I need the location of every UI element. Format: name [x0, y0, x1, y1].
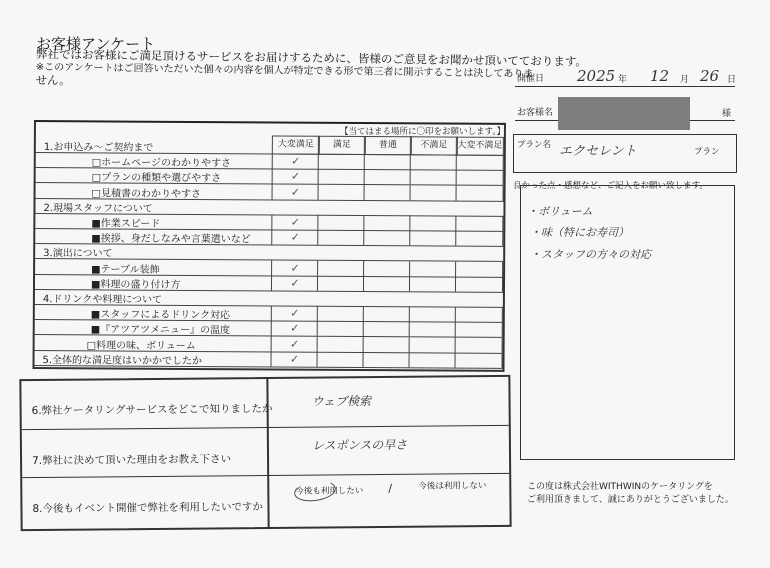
rating-cell[interactable] [410, 170, 457, 185]
rating-cell[interactable]: ✓ [272, 184, 319, 199]
check-mark-icon: ✓ [290, 322, 299, 335]
rating-cell[interactable] [363, 306, 410, 321]
rating-cell[interactable] [455, 307, 503, 322]
rating-cell[interactable] [409, 215, 456, 230]
rating-cell[interactable] [318, 184, 365, 199]
question-row-7: 7.弊社に決めて頂いた理由をお教え下さい レスポンスの早さ [22, 425, 509, 478]
rating-cell[interactable]: ✓ [271, 230, 318, 245]
rating-cell[interactable] [318, 169, 365, 184]
rating-cell[interactable]: ✓ [271, 275, 318, 290]
check-mark-icon: ✓ [291, 231, 300, 244]
plan-label: プラン名 [517, 138, 551, 150]
thanks-line: この度は株式会社WITHWINのケータリングを [527, 481, 734, 494]
rating-cell[interactable] [363, 276, 410, 291]
rating-cell[interactable]: ✓ [271, 306, 318, 321]
rating-cell[interactable]: ✓ [271, 260, 318, 275]
rating-cell[interactable] [363, 337, 410, 352]
survey-form-page: お客様アンケート 弊社ではお客様にご満足頂けるサービスをお届けするために、皆様の… [0, 0, 770, 568]
rating-question: 3.演出について [43, 244, 112, 259]
rating-question: ■料理の盛り付け方 [91, 275, 181, 291]
check-mark-icon: ✓ [290, 352, 299, 365]
comment-entry: ・味（特にお寿司） [530, 224, 629, 240]
rating-cell[interactable] [409, 230, 456, 245]
rating-cell[interactable] [409, 276, 456, 291]
rating-cell[interactable] [316, 352, 363, 367]
rating-rows: 1.お申込み～ご契約まで□ホームページのわかりやすさ✓□プランの種類や選びやすさ… [36, 122, 504, 125]
rating-cell[interactable] [364, 169, 411, 184]
rating-question: ■作業スピード [91, 214, 160, 229]
rating-cell[interactable] [454, 352, 502, 367]
comments-box[interactable]: ・ボリューム ・味（特にお寿司） ・スタッフの方々の対応 [520, 185, 735, 460]
rating-cell[interactable]: ✓ [271, 321, 318, 336]
rating-cell[interactable] [455, 261, 503, 276]
rating-cell[interactable] [317, 260, 364, 275]
rating-cell[interactable] [455, 322, 503, 337]
check-mark-icon: ✓ [290, 261, 299, 274]
rating-cell[interactable] [409, 306, 456, 321]
event-date-label: 開催日 [517, 71, 544, 84]
rating-cell[interactable]: ✓ [272, 154, 319, 169]
event-date-month: 12 [650, 67, 669, 85]
rating-cell[interactable] [408, 352, 455, 367]
rating-cell[interactable] [317, 336, 364, 351]
rating-cell[interactable]: ✓ [271, 336, 318, 351]
form-intro: 弊社ではお客様にご満足頂けるサービスをお届けするために、皆様のご意見をお聞かせ頂… [35, 48, 505, 94]
check-mark-icon: ✓ [291, 155, 300, 168]
question-label: 7.弊社に決めて頂いた理由をお教え下さい [32, 451, 231, 468]
check-mark-icon: ✓ [291, 170, 300, 183]
rating-cell[interactable] [456, 185, 504, 200]
rating-cell[interactable]: ✓ [272, 169, 319, 184]
rating-question: 5.全体的な満足度はいかかでしたか [42, 351, 202, 367]
check-mark-icon: ✓ [291, 185, 300, 198]
redacted-customer-name [558, 97, 690, 130]
customer-suffix: 様 [722, 106, 731, 119]
open-questions-table: 6.弊社ケータリングサービスをどこで知りましたか ウェブ検索 7.弊社に決めて頂… [19, 375, 511, 531]
rating-cell[interactable] [317, 306, 364, 321]
rating-cell[interactable] [456, 170, 504, 185]
comment-entry: ・スタッフの方々の対応 [530, 246, 651, 262]
option-will-not-use[interactable]: 今後は利用しない [418, 479, 486, 492]
rating-cell[interactable] [409, 337, 456, 352]
year-unit: 年 [618, 72, 627, 85]
rating-cell[interactable] [409, 322, 456, 337]
rating-cell[interactable]: ✓ [271, 351, 318, 366]
event-date-year: 2025 [577, 67, 615, 85]
plan-suffix: プラン [694, 145, 720, 157]
rating-row: 5.全体的な満足度はいかかでしたか✓ [34, 350, 502, 369]
answer-7[interactable]: レスポンスの早さ [312, 436, 407, 454]
rating-cell[interactable] [363, 230, 410, 245]
comment-entry: ・ボリューム [527, 203, 593, 219]
question-label: 6.弊社ケータリングサービスをどこで知りましたか [32, 401, 273, 418]
rating-cell[interactable] [317, 215, 364, 230]
rating-cell[interactable] [364, 185, 411, 200]
rating-question: ■テーブル装飾 [91, 260, 160, 275]
thanks-line: ご利用頂きまして、誠にありがとうございました。 [527, 494, 734, 507]
rating-cell[interactable] [455, 276, 503, 291]
rating-cell[interactable] [455, 216, 503, 231]
rating-cell[interactable] [363, 321, 410, 336]
rating-cell[interactable] [410, 185, 457, 200]
question-row-8: 8.今後もイベント開催で弊社を利用したいですか 今後も利用したい / 今後は利用… [22, 473, 509, 527]
rating-cell[interactable] [455, 337, 503, 352]
rating-cell[interactable] [455, 231, 503, 246]
question-label: 8.今後もイベント開催で弊社を利用したいですか [32, 499, 263, 516]
month-unit: 月 [680, 72, 689, 85]
event-date-field[interactable]: 開催日 2025 年 12 月 26 日 [515, 68, 735, 87]
rating-cell[interactable]: ✓ [271, 214, 318, 229]
plan-value: エクセレント [559, 140, 637, 159]
rating-cell[interactable] [363, 261, 410, 276]
rating-cell[interactable] [362, 352, 409, 367]
customer-name-label: お客様名 [517, 105, 553, 118]
rating-cell[interactable] [456, 155, 504, 170]
plan-name-field[interactable]: プラン名 エクセレント プラン [513, 134, 737, 173]
answer-6[interactable]: ウェブ検索 [311, 392, 371, 410]
question-row-6: 6.弊社ケータリングサービスをどこで知りましたか ウェブ検索 [21, 377, 508, 430]
rating-cell[interactable] [410, 154, 457, 169]
rating-cell[interactable] [409, 261, 456, 276]
thank-you-message: この度は株式会社WITHWINのケータリングを ご利用頂きまして、誠にありがとう… [527, 481, 734, 507]
rating-cell[interactable] [364, 154, 411, 169]
day-unit: 日 [727, 72, 736, 85]
check-mark-icon: ✓ [290, 337, 299, 350]
rating-cell[interactable] [317, 276, 364, 291]
rating-cell[interactable] [318, 154, 365, 169]
rating-cell[interactable] [317, 321, 364, 336]
option-separator: / [388, 482, 392, 495]
rating-table: 大変満足満足普通不満足大変不満足 1.お申込み～ご契約まで□ホームページのわかり… [32, 120, 506, 372]
rating-cell[interactable] [317, 230, 364, 245]
rating-cell[interactable] [363, 215, 410, 230]
check-mark-icon: ✓ [291, 216, 300, 229]
event-date-day: 26 [700, 67, 719, 85]
check-mark-icon: ✓ [290, 307, 299, 320]
check-mark-icon: ✓ [290, 276, 299, 289]
